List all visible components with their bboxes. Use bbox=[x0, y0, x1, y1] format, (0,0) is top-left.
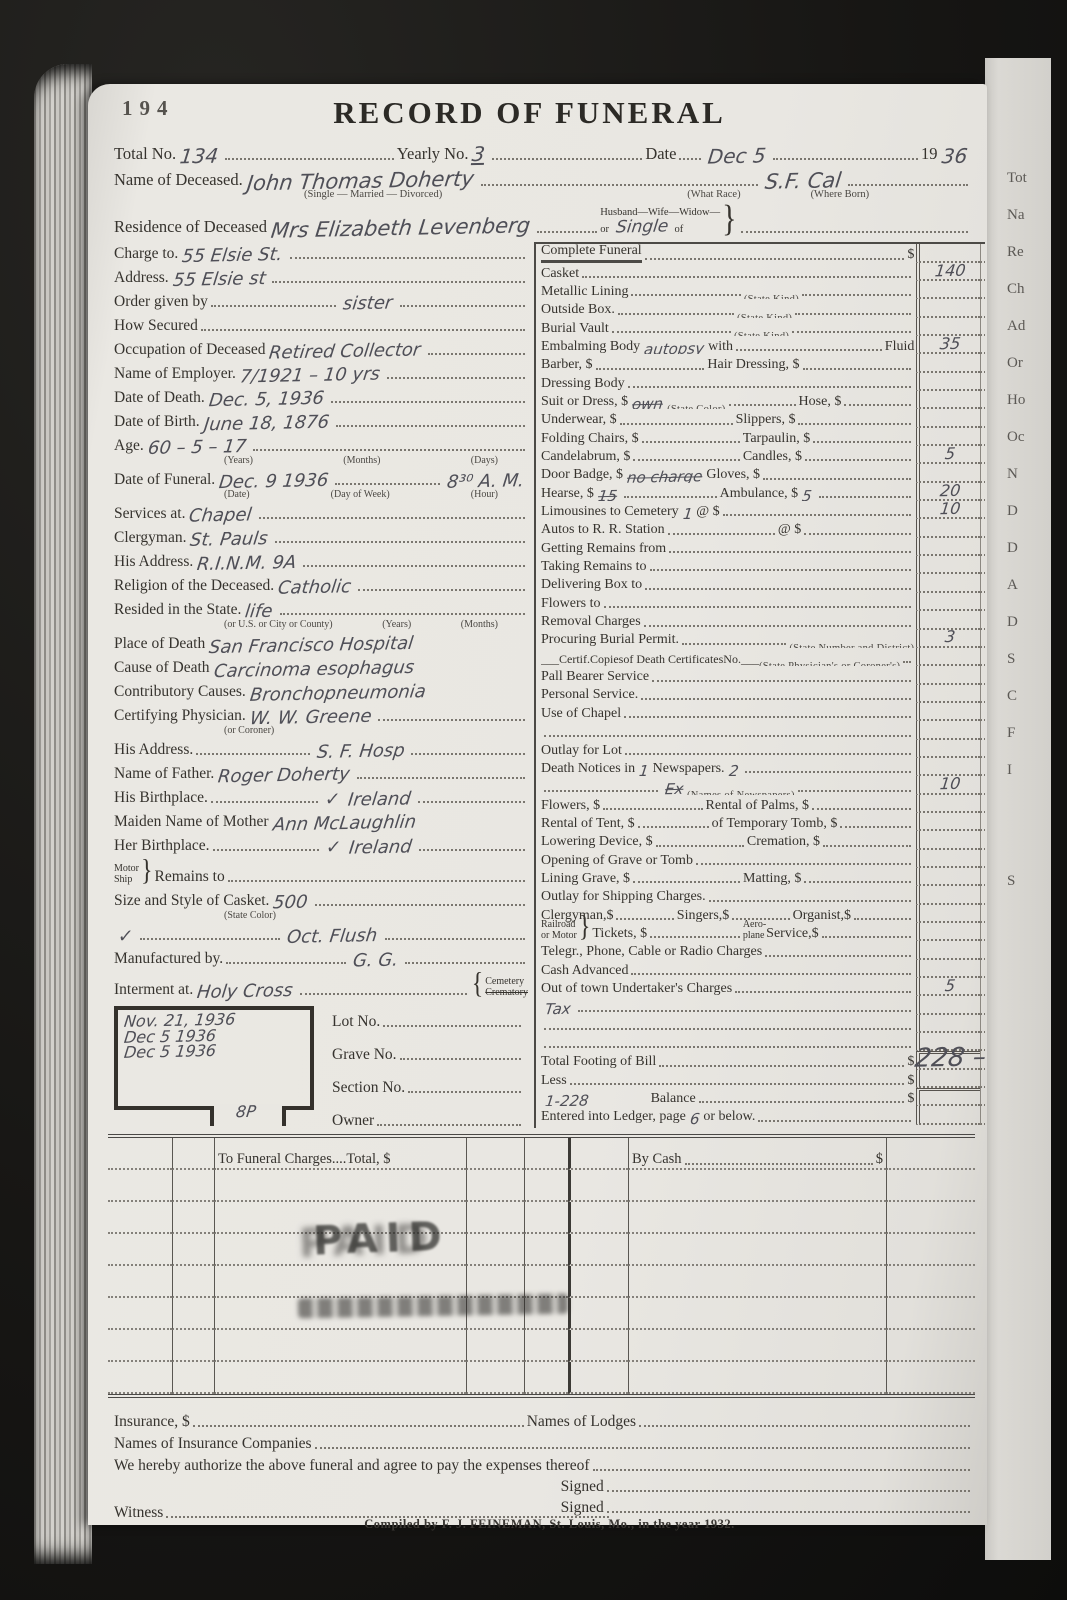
dotted-leader bbox=[253, 449, 525, 451]
dotted-leader bbox=[596, 368, 705, 370]
printed-label: Underwear, $ bbox=[541, 412, 617, 427]
ledger-cell bbox=[108, 1202, 172, 1234]
printed-label: Personal Service. bbox=[541, 687, 638, 702]
printed-label: Contributory Causes. bbox=[114, 683, 246, 700]
charge-row: Delivering Box to bbox=[541, 574, 985, 592]
printed-label: Resided in the State. bbox=[114, 601, 241, 618]
amount-cell-2 bbox=[980, 556, 985, 574]
amount-cell-2 bbox=[980, 593, 985, 611]
dotted-leader bbox=[387, 377, 525, 379]
ledger-cell: To Funeral Charges....Total, $ bbox=[214, 1138, 466, 1170]
ledger-cell bbox=[172, 1362, 214, 1394]
dotted-leader bbox=[844, 404, 911, 406]
dotted-leader bbox=[211, 801, 318, 803]
ledger-cell bbox=[108, 1234, 172, 1266]
printed-label: of Temporary Tomb, $ bbox=[712, 816, 838, 831]
dotted-leader bbox=[377, 1124, 521, 1126]
handwritten-value: 6 bbox=[689, 1113, 700, 1125]
amount-cell bbox=[916, 703, 980, 721]
amount-cell bbox=[916, 574, 980, 592]
dotted-leader bbox=[357, 777, 525, 779]
ledger-left-header: To Funeral Charges....Total, $ bbox=[218, 1152, 390, 1168]
form-field-row: How Secured bbox=[114, 314, 528, 334]
amount-value: 3 bbox=[944, 630, 956, 645]
form-field-row: Age.60 – 5 – 17 bbox=[114, 434, 528, 454]
charge-row: Getting Remains from bbox=[541, 538, 985, 556]
dotted-leader bbox=[335, 483, 440, 485]
charge-row: Entered into Ledger, page6or below. bbox=[541, 1106, 985, 1124]
next-page-partial-text: Oc bbox=[985, 429, 1051, 466]
handwritten-value: 1-228 bbox=[544, 1094, 589, 1106]
amount-cell: 3 bbox=[916, 630, 980, 648]
dotted-leader bbox=[633, 881, 740, 883]
amount-cell-2 bbox=[980, 703, 985, 721]
charge-row: Telegr., Phone, Cable or Radio Charges bbox=[541, 941, 985, 959]
amount-cell-2 bbox=[980, 685, 985, 703]
dotted-leader bbox=[795, 313, 911, 315]
handwritten-value: Retired Collector bbox=[269, 342, 422, 361]
yearly-no-label: Yearly No. bbox=[397, 145, 469, 163]
amount-cell-2 bbox=[980, 740, 985, 758]
sub-label: (State Kind) bbox=[737, 313, 792, 318]
printed-label: Door Badge, $ bbox=[541, 467, 623, 482]
printed-label: Complete Funeral bbox=[541, 243, 642, 262]
lot-field-row: Owner bbox=[332, 1109, 524, 1128]
dotted-leader bbox=[709, 900, 912, 902]
printed-label: Names of Lodges bbox=[527, 1413, 636, 1430]
handwritten-value: 500 bbox=[272, 895, 308, 912]
ledger-cell bbox=[886, 1266, 975, 1298]
amount-cell bbox=[916, 941, 980, 959]
next-page-partial-text: Or bbox=[985, 355, 1051, 392]
printed-label: Flowers, $ bbox=[541, 798, 600, 813]
amount-cell-2 bbox=[980, 354, 985, 372]
ledger-cell bbox=[524, 1362, 568, 1394]
dotted-leader bbox=[659, 1065, 904, 1067]
amount-cell-2 bbox=[980, 1088, 985, 1106]
charge-row: Flowers to bbox=[541, 593, 985, 611]
lot-field-row: Lot No. bbox=[332, 1010, 524, 1030]
printed-label: Matting, $ bbox=[743, 871, 801, 886]
dotted-leader bbox=[625, 753, 911, 755]
ledger-cell bbox=[108, 1362, 172, 1394]
handwritten-value: Ireland bbox=[348, 839, 413, 857]
residence-value: Mrs Elizabeth Levenberg bbox=[270, 217, 531, 241]
printed-label: Clergyman. bbox=[114, 529, 186, 546]
charge-row: Use of Chapel bbox=[541, 703, 985, 721]
form-field-row: Her Birthplace.✓Ireland bbox=[114, 834, 528, 854]
stacked-label: Aero-plane bbox=[743, 919, 766, 941]
form-field-row: Date of Birth.June 18, 1876 bbox=[114, 410, 528, 430]
charge-row bbox=[541, 721, 985, 739]
diagram-note: 8P bbox=[235, 1105, 257, 1120]
charge-row: Procuring Burial Permit.(State Number an… bbox=[541, 630, 985, 648]
dotted-leader bbox=[650, 569, 912, 571]
handwritten-value: S. F. Hosp bbox=[316, 743, 406, 761]
amount-cell-2 bbox=[980, 1015, 985, 1033]
handwritten-value: Holy Cross bbox=[196, 983, 294, 1001]
dotted-leader bbox=[544, 790, 658, 792]
dotted-leader bbox=[631, 973, 911, 975]
handwritten-value: sister bbox=[342, 296, 393, 313]
handwritten-value: 5 bbox=[801, 489, 812, 501]
printed-label: Pall Bearer Service bbox=[541, 669, 649, 684]
printed-label: Insurance, $ bbox=[114, 1413, 190, 1430]
form-field-row: Occupation of DeceasedRetired Collector bbox=[114, 338, 528, 358]
dotted-leader bbox=[819, 496, 912, 498]
ledger-cell bbox=[214, 1170, 466, 1202]
charge-row: ___Certif.Copiesof Death CertificatesNo.… bbox=[541, 648, 985, 666]
amount-cell bbox=[916, 831, 980, 849]
marital-status-value: Single bbox=[615, 219, 669, 235]
sub-label: (Months) bbox=[343, 455, 380, 466]
dotted-leader bbox=[669, 551, 911, 553]
sub-label: (State Physician's or Coroner's) bbox=[759, 661, 900, 666]
amount-cell-2 bbox=[980, 391, 985, 409]
ledger-row bbox=[108, 1362, 975, 1394]
charge-row: Door Badge, $no chargeGloves, $ bbox=[541, 464, 985, 482]
form-field-row: Religion of the Deceased.Catholic bbox=[114, 574, 528, 594]
amount-cell-2 bbox=[980, 373, 985, 391]
charge-row: Railroador Motor}Tickets, $Aero-planeSer… bbox=[541, 923, 985, 941]
printed-label: Slippers, $ bbox=[736, 412, 796, 427]
handwritten-value: 55 Elsie St. bbox=[181, 247, 283, 265]
dotted-leader bbox=[804, 533, 911, 535]
ledger-cell bbox=[172, 1138, 214, 1170]
dotted-leader bbox=[385, 938, 525, 940]
form-field-row: His Birthplace.✓Ireland bbox=[114, 786, 528, 806]
ledger-cell bbox=[108, 1298, 172, 1330]
diagram-of-lot: 8P Nov. 21, 1936Dec 5 1936Dec 5 1936 Dia… bbox=[114, 1006, 314, 1128]
amount-cell-2 bbox=[980, 1070, 985, 1088]
printed-label: Delivering Box to bbox=[541, 577, 642, 592]
charge-row: Rental of Tent, $of Temporary Tomb, $ bbox=[541, 813, 985, 831]
amount-cell bbox=[916, 1088, 980, 1106]
printed-label: Taking Remains to bbox=[541, 559, 647, 574]
form-field-row: Maiden Name of MotherAnn McLaughlin bbox=[114, 810, 528, 830]
ledger-cell bbox=[628, 1330, 886, 1362]
sub-label: (Months) bbox=[461, 619, 498, 630]
dotted-leader bbox=[813, 441, 911, 443]
printed-label: We hereby authorize the above funeral an… bbox=[114, 1457, 590, 1474]
printed-label: Date of Birth. bbox=[114, 413, 200, 430]
charge-row: Autos to R. R. Station@ $ bbox=[541, 519, 985, 537]
amount-cell bbox=[916, 464, 980, 482]
printed-label: Charge to. bbox=[114, 245, 178, 262]
handwritten-value: 7/1921 – 10 yrs bbox=[239, 367, 381, 386]
status-brace: } bbox=[722, 198, 736, 241]
sub-label: (State Color) bbox=[224, 910, 276, 921]
amount-value: 10 bbox=[939, 777, 961, 792]
printed-label: Ambulance, $ bbox=[720, 486, 799, 501]
ledger-cell bbox=[886, 1330, 975, 1362]
ledger-row: To Funeral Charges....Total, $By Cash$ bbox=[108, 1138, 975, 1170]
amount-cell-2 bbox=[980, 574, 985, 592]
lot-fields: Lot No.Grave No.Section No.Owner bbox=[314, 1006, 528, 1128]
dotted-leader bbox=[211, 305, 336, 307]
dotted-leader bbox=[331, 401, 525, 403]
form-field-row: Name of Father.Roger Doherty bbox=[114, 762, 528, 782]
ledger-cell bbox=[214, 1330, 466, 1362]
ledger-cell bbox=[886, 1234, 975, 1266]
dotted-leader bbox=[736, 349, 882, 351]
dotted-leader bbox=[290, 257, 525, 259]
brace: } bbox=[141, 855, 153, 889]
dotted-leader bbox=[652, 680, 911, 682]
amount-cell-2 bbox=[980, 519, 985, 537]
dotted-leader bbox=[400, 1058, 521, 1060]
printed-label: Newspapers. bbox=[653, 761, 725, 776]
charge-row: Suit or Dress, $own(State Color)Hose, $ bbox=[541, 391, 985, 409]
handwritten-value: Oct. Flush bbox=[287, 928, 379, 946]
dotted-leader bbox=[792, 331, 911, 333]
amount-cell-2 bbox=[980, 666, 985, 684]
amount-cell-2 bbox=[980, 776, 985, 794]
ledger-cell bbox=[568, 1202, 628, 1234]
dotted-leader bbox=[196, 753, 310, 755]
printed-label: Rental of Tent, $ bbox=[541, 816, 635, 831]
amount-cell bbox=[916, 850, 980, 868]
dotted-leader bbox=[903, 661, 911, 663]
amount-cell bbox=[916, 409, 980, 427]
ledger-cell bbox=[524, 1330, 568, 1362]
amount-cell bbox=[916, 1015, 980, 1033]
dotted-leader bbox=[275, 541, 525, 543]
dotted-leader bbox=[745, 771, 911, 773]
amount-cell bbox=[916, 905, 980, 923]
amount-cell-2 bbox=[980, 978, 985, 996]
ledger-cell bbox=[568, 1298, 628, 1330]
next-page-partial-text: N bbox=[985, 466, 1051, 503]
form-field-row: Interment at.Holy Cross{CemeteryCremator… bbox=[114, 971, 528, 998]
charge-row: Hearse, $15Ambulance, $520 bbox=[541, 483, 985, 501]
printed-label: @ $ bbox=[696, 504, 719, 519]
amount-cell bbox=[916, 391, 980, 409]
ledger-cell bbox=[214, 1362, 466, 1394]
ledger-cell bbox=[466, 1266, 524, 1298]
printed-label: Name of Employer. bbox=[114, 365, 236, 382]
residence-row: Residence of Deceased Mrs Elizabeth Leve… bbox=[114, 202, 971, 236]
dollar-sign: $ bbox=[876, 1152, 883, 1168]
dotted-leader bbox=[645, 258, 905, 260]
brace: { bbox=[472, 968, 484, 1002]
amount-cell-2 bbox=[980, 1106, 985, 1124]
dotted-leader bbox=[804, 881, 911, 883]
form-field-row: Charge to.55 Elsie St. bbox=[114, 242, 528, 262]
dotted-leader bbox=[699, 1101, 905, 1103]
dotted-leader bbox=[812, 808, 911, 810]
ledger-cell bbox=[108, 1170, 172, 1202]
dotted-leader bbox=[631, 294, 740, 296]
printed-label: Remains to bbox=[155, 868, 225, 885]
lot-field-row: Section No. bbox=[332, 1076, 524, 1096]
next-page-partial-text: D bbox=[985, 614, 1051, 651]
amount-cell-2 bbox=[980, 960, 985, 978]
handwritten-value: Ireland bbox=[347, 791, 412, 809]
printed-label: Name of Father. bbox=[114, 765, 214, 782]
charge-row: Taking Remains to bbox=[541, 556, 985, 574]
dotted-leader bbox=[650, 936, 740, 938]
ledger-cell bbox=[172, 1266, 214, 1298]
printed-label: Witness bbox=[114, 1504, 163, 1521]
marital-status-options: Husband—Wife—Widow— or Single of bbox=[600, 207, 720, 236]
charge-row: Outside Box.(State Kind) bbox=[541, 299, 985, 317]
printed-label: Cause of Death bbox=[114, 659, 210, 676]
printed-label: Signed bbox=[561, 1478, 604, 1495]
year-written: 36 bbox=[940, 147, 968, 166]
form-field-row: Order given bysister bbox=[114, 290, 528, 310]
printed-label: Grave No. bbox=[332, 1046, 397, 1063]
sub-label: (State Kind) bbox=[734, 331, 789, 336]
amount-cell-2 bbox=[980, 758, 985, 776]
next-page-partial-text bbox=[985, 836, 1051, 873]
charge-row: Tax bbox=[541, 996, 985, 1014]
dotted-leader bbox=[685, 1163, 873, 1165]
dotted-leader bbox=[723, 514, 912, 516]
printed-label: Names of Insurance Companies bbox=[114, 1435, 312, 1452]
dotted-leader bbox=[259, 517, 525, 519]
dotted-leader bbox=[639, 1425, 970, 1427]
printed-label: Candles, $ bbox=[743, 449, 802, 464]
dotted-leader bbox=[226, 962, 346, 964]
amount-cell-2 bbox=[980, 868, 985, 886]
date-label: Date bbox=[645, 145, 676, 163]
printed-label: Removal Charges bbox=[541, 614, 641, 629]
ledger-cell bbox=[886, 1362, 975, 1394]
handwritten-value: Tax bbox=[544, 1003, 571, 1015]
printed-label: ___Certif.Copiesof Death CertificatesNo.… bbox=[541, 653, 759, 666]
amount-cell-2 bbox=[980, 630, 985, 648]
printed-label: Procuring Burial Permit. bbox=[541, 632, 679, 647]
amount-value: 228 – bbox=[914, 1048, 985, 1068]
dotted-leader bbox=[578, 1010, 912, 1012]
form-field-row: His Address.S. F. Hosp bbox=[114, 738, 528, 758]
form-field-row: MotorShip}Remains to bbox=[114, 858, 528, 885]
dotted-leader bbox=[763, 478, 911, 480]
amount-cell: 140 bbox=[916, 263, 980, 281]
dotted-leader bbox=[408, 1091, 521, 1093]
paid-stamp: PAID bbox=[312, 1214, 450, 1265]
field-sublabels: (State Color) bbox=[114, 910, 528, 921]
printed-label: Folding Chairs, $ bbox=[541, 431, 639, 446]
amount-cell bbox=[916, 868, 980, 886]
dotted-leader bbox=[383, 1025, 521, 1027]
printed-label: Date of Death. bbox=[114, 389, 205, 406]
printed-label: Casket bbox=[541, 266, 579, 281]
amount-cell bbox=[916, 795, 980, 813]
amount-cell-2 bbox=[980, 428, 985, 446]
form-field-row: Clergyman.St. Pauls bbox=[114, 526, 528, 546]
dotted-leader bbox=[765, 955, 911, 957]
dotted-leader bbox=[336, 425, 525, 427]
printed-label: His Address. bbox=[114, 741, 193, 758]
printed-label: Her Birthplace. bbox=[114, 837, 210, 854]
handwritten-struck-value: no charge bbox=[626, 470, 703, 482]
printed-label: Embalming Body bbox=[541, 339, 640, 354]
ledger-cell bbox=[886, 1170, 975, 1202]
amount-cell bbox=[916, 1106, 980, 1124]
dotted-leader bbox=[201, 329, 525, 331]
ledger-cell bbox=[466, 1330, 524, 1362]
amount-cell-2 bbox=[980, 336, 985, 354]
ledger-cell bbox=[628, 1234, 886, 1266]
signature-row: Signed bbox=[561, 1495, 973, 1516]
ledger-cell bbox=[108, 1330, 172, 1362]
form-field-row: His Address.R.I.N.M. 9A bbox=[114, 550, 528, 570]
ledger-cell bbox=[628, 1298, 886, 1330]
amount-cell bbox=[916, 538, 980, 556]
name-label: Name of Deceased. bbox=[114, 171, 243, 189]
year-printed: 19 bbox=[921, 145, 938, 163]
amount-cell-2 bbox=[980, 318, 985, 336]
ledger-row bbox=[108, 1234, 975, 1266]
form-field-row: Cause of DeathCarcinoma esophagus bbox=[114, 656, 528, 676]
charge-row: Embalming BodyautopsywithFluid35 bbox=[541, 336, 985, 354]
amount-cell-2 bbox=[980, 721, 985, 739]
ledger-cell bbox=[108, 1138, 172, 1170]
next-page-partial-text: Ad bbox=[985, 318, 1051, 355]
next-page-partial-text: S bbox=[985, 651, 1051, 688]
form-columns: Charge to.55 Elsie St.Address.55 Elsie s… bbox=[114, 242, 985, 1128]
charge-row: Dressing Body bbox=[541, 373, 985, 391]
dotted-leader bbox=[400, 305, 525, 307]
ledger-cell bbox=[886, 1138, 975, 1170]
amount-cell-2 bbox=[980, 923, 985, 941]
sub-label: (State Number and District) bbox=[789, 643, 914, 648]
next-page-partial-text: C bbox=[985, 688, 1051, 725]
amount-value: 5 bbox=[944, 979, 956, 994]
ledger-cell bbox=[524, 1234, 568, 1266]
printed-label: Service,$ bbox=[766, 926, 818, 941]
yearly-no-value: 3 bbox=[471, 145, 486, 165]
ledger-cell bbox=[628, 1170, 886, 1202]
printed-label: $ bbox=[907, 247, 914, 262]
charge-row: Pall Bearer Service bbox=[541, 666, 985, 684]
stacked-label: Railroador Motor bbox=[541, 919, 577, 941]
amount-cell: 228 – bbox=[916, 1051, 980, 1069]
next-page-partial-text: A bbox=[985, 577, 1051, 614]
amount-cell bbox=[916, 648, 980, 666]
ledger-right-header: By Cash bbox=[632, 1152, 682, 1168]
amount-cell bbox=[916, 593, 980, 611]
amount-cell-2 bbox=[980, 263, 985, 281]
handwritten-value: Dec. 9 1936 bbox=[218, 473, 329, 492]
dotted-leader bbox=[140, 938, 280, 940]
dotted-leader bbox=[303, 565, 525, 567]
printed-label: Gloves, $ bbox=[706, 467, 760, 482]
printed-label: Candelabrum, $ bbox=[541, 449, 630, 464]
stacked-label: MotorShip bbox=[114, 863, 139, 885]
dotted-leader bbox=[735, 991, 911, 993]
charge-row: Limousines to Cemetery1@ $10 bbox=[541, 501, 985, 519]
dotted-leader bbox=[607, 1490, 970, 1492]
amount-cell-2 bbox=[980, 538, 985, 556]
dotted-leader bbox=[802, 294, 911, 296]
amount-cell: 5 bbox=[916, 446, 980, 464]
amount-cell-2 bbox=[980, 941, 985, 959]
handwritten-value: Ann McLaughlin bbox=[272, 815, 417, 834]
field-sublabels: (or U.S. or City or County)(Years)(Month… bbox=[114, 619, 528, 630]
printed-label: Rental of Palms, $ bbox=[706, 798, 809, 813]
printed-label: His Birthplace. bbox=[114, 789, 208, 806]
amount-value: 10 bbox=[939, 502, 961, 517]
printed-label: Address. bbox=[114, 269, 169, 286]
amount-cell bbox=[916, 666, 980, 684]
printed-label: Lowering Device, $ bbox=[541, 834, 653, 849]
amount-cell bbox=[916, 813, 980, 831]
dotted-leader bbox=[628, 386, 912, 388]
printed-label: Owner bbox=[332, 1112, 374, 1128]
